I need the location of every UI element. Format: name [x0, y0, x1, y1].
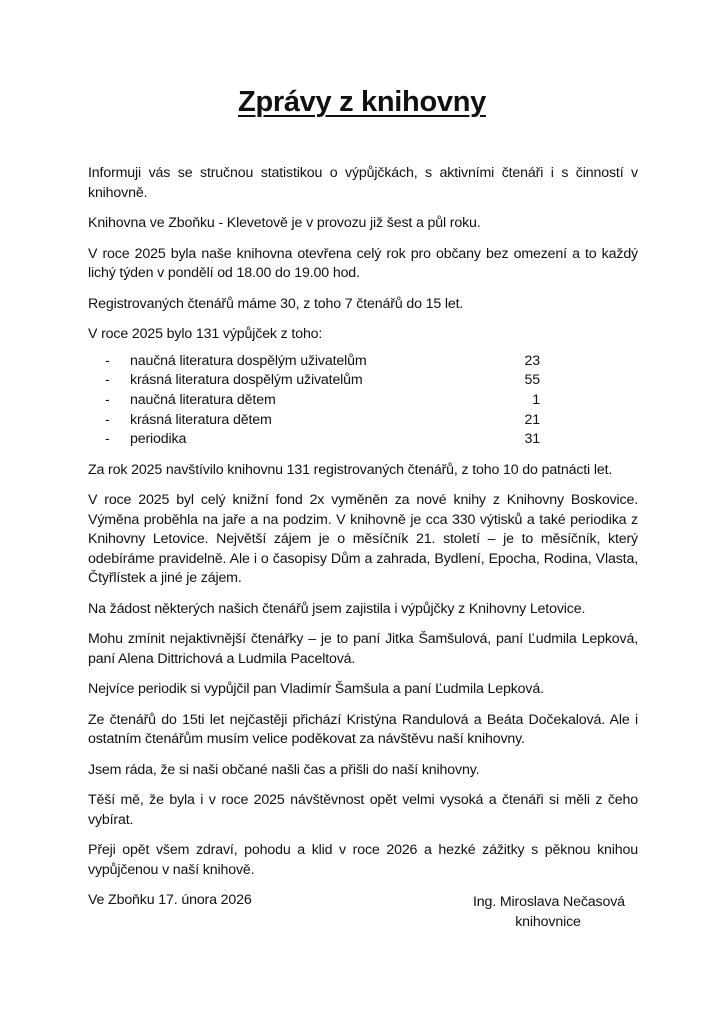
list-dash: -	[88, 352, 130, 372]
signature-role: knihovnice	[473, 913, 623, 933]
paragraph-opening-hours: V roce 2025 byla naše knihovna otevřena …	[88, 245, 638, 284]
loan-category: krásná literatura dětem	[130, 411, 460, 431]
loan-category: naučná literatura dospělým uživatelům	[130, 352, 460, 372]
paragraph-periodicals-readers: Nejvíce periodik si vypůjčil pan Vladimí…	[88, 680, 638, 700]
loan-category: krásná literatura dospělým uživatelům	[130, 371, 460, 391]
loan-count: 31	[460, 430, 540, 450]
paragraph-attendance: Těší mě, že byla i v roce 2025 návštěvno…	[88, 791, 638, 830]
paragraph-loans-intro: V roce 2025 bylo 131 výpůjček z toho:	[88, 325, 638, 345]
signature-name: Ing. Miroslava Nečasová	[473, 893, 623, 913]
loan-count: 55	[460, 371, 540, 391]
loan-category: periodika	[130, 430, 460, 450]
list-item: -krásná literatura dětem21	[88, 411, 638, 431]
list-dash: -	[88, 430, 130, 450]
paragraph-registered-readers: Registrovaných čtenářů máme 30, z toho 7…	[88, 295, 638, 315]
list-item: -naučná literatura dětem1	[88, 391, 638, 411]
loan-count: 21	[460, 411, 540, 431]
list-dash: -	[88, 371, 130, 391]
paragraph-interlibrary-loans: Na žádost některých našich čtenářů jsem …	[88, 600, 638, 620]
loan-count: 1	[460, 391, 540, 411]
list-dash: -	[88, 411, 130, 431]
document-body: Informuji vás se stručnou statistikou o …	[88, 164, 638, 911]
paragraph-gratitude: Jsem ráda, že si naši občané našli čas a…	[88, 761, 638, 781]
paragraph-intro: Informuji vás se stručnou statistikou o …	[88, 164, 638, 203]
list-item: -periodika31	[88, 430, 638, 450]
paragraph-book-exchange: V roce 2025 byl celý knižní fond 2x vymě…	[88, 491, 638, 589]
signature-block: Ing. Miroslava Nečasová knihovnice	[473, 893, 623, 932]
document-title: Zprávy z knihovny	[0, 86, 724, 119]
paragraph-young-readers: Ze čtenářů do 15ti let nejčastěji přichá…	[88, 711, 638, 750]
paragraph-visits: Za rok 2025 navštívilo knihovnu 131 regi…	[88, 461, 638, 481]
loan-category: naučná literatura dětem	[130, 391, 460, 411]
paragraph-operation: Knihovna ve Zboňku - Klevetově je v prov…	[88, 214, 638, 234]
document-title-text: Zprávy z knihovny	[238, 86, 486, 118]
document-page: Zprávy z knihovny Informuji vás se struč…	[0, 0, 724, 1024]
list-dash: -	[88, 391, 130, 411]
paragraph-wishes: Přeji opět všem zdraví, pohodu a klid v …	[88, 841, 638, 880]
loan-count: 23	[460, 352, 540, 372]
loans-list: -naučná literatura dospělým uživatelům23…	[88, 352, 638, 450]
paragraph-active-readers: Mohu zmínit nejaktivnější čtenářky – je …	[88, 630, 638, 669]
list-item: -naučná literatura dospělým uživatelům23	[88, 352, 638, 372]
list-item: -krásná literatura dospělým uživatelům55	[88, 371, 638, 391]
